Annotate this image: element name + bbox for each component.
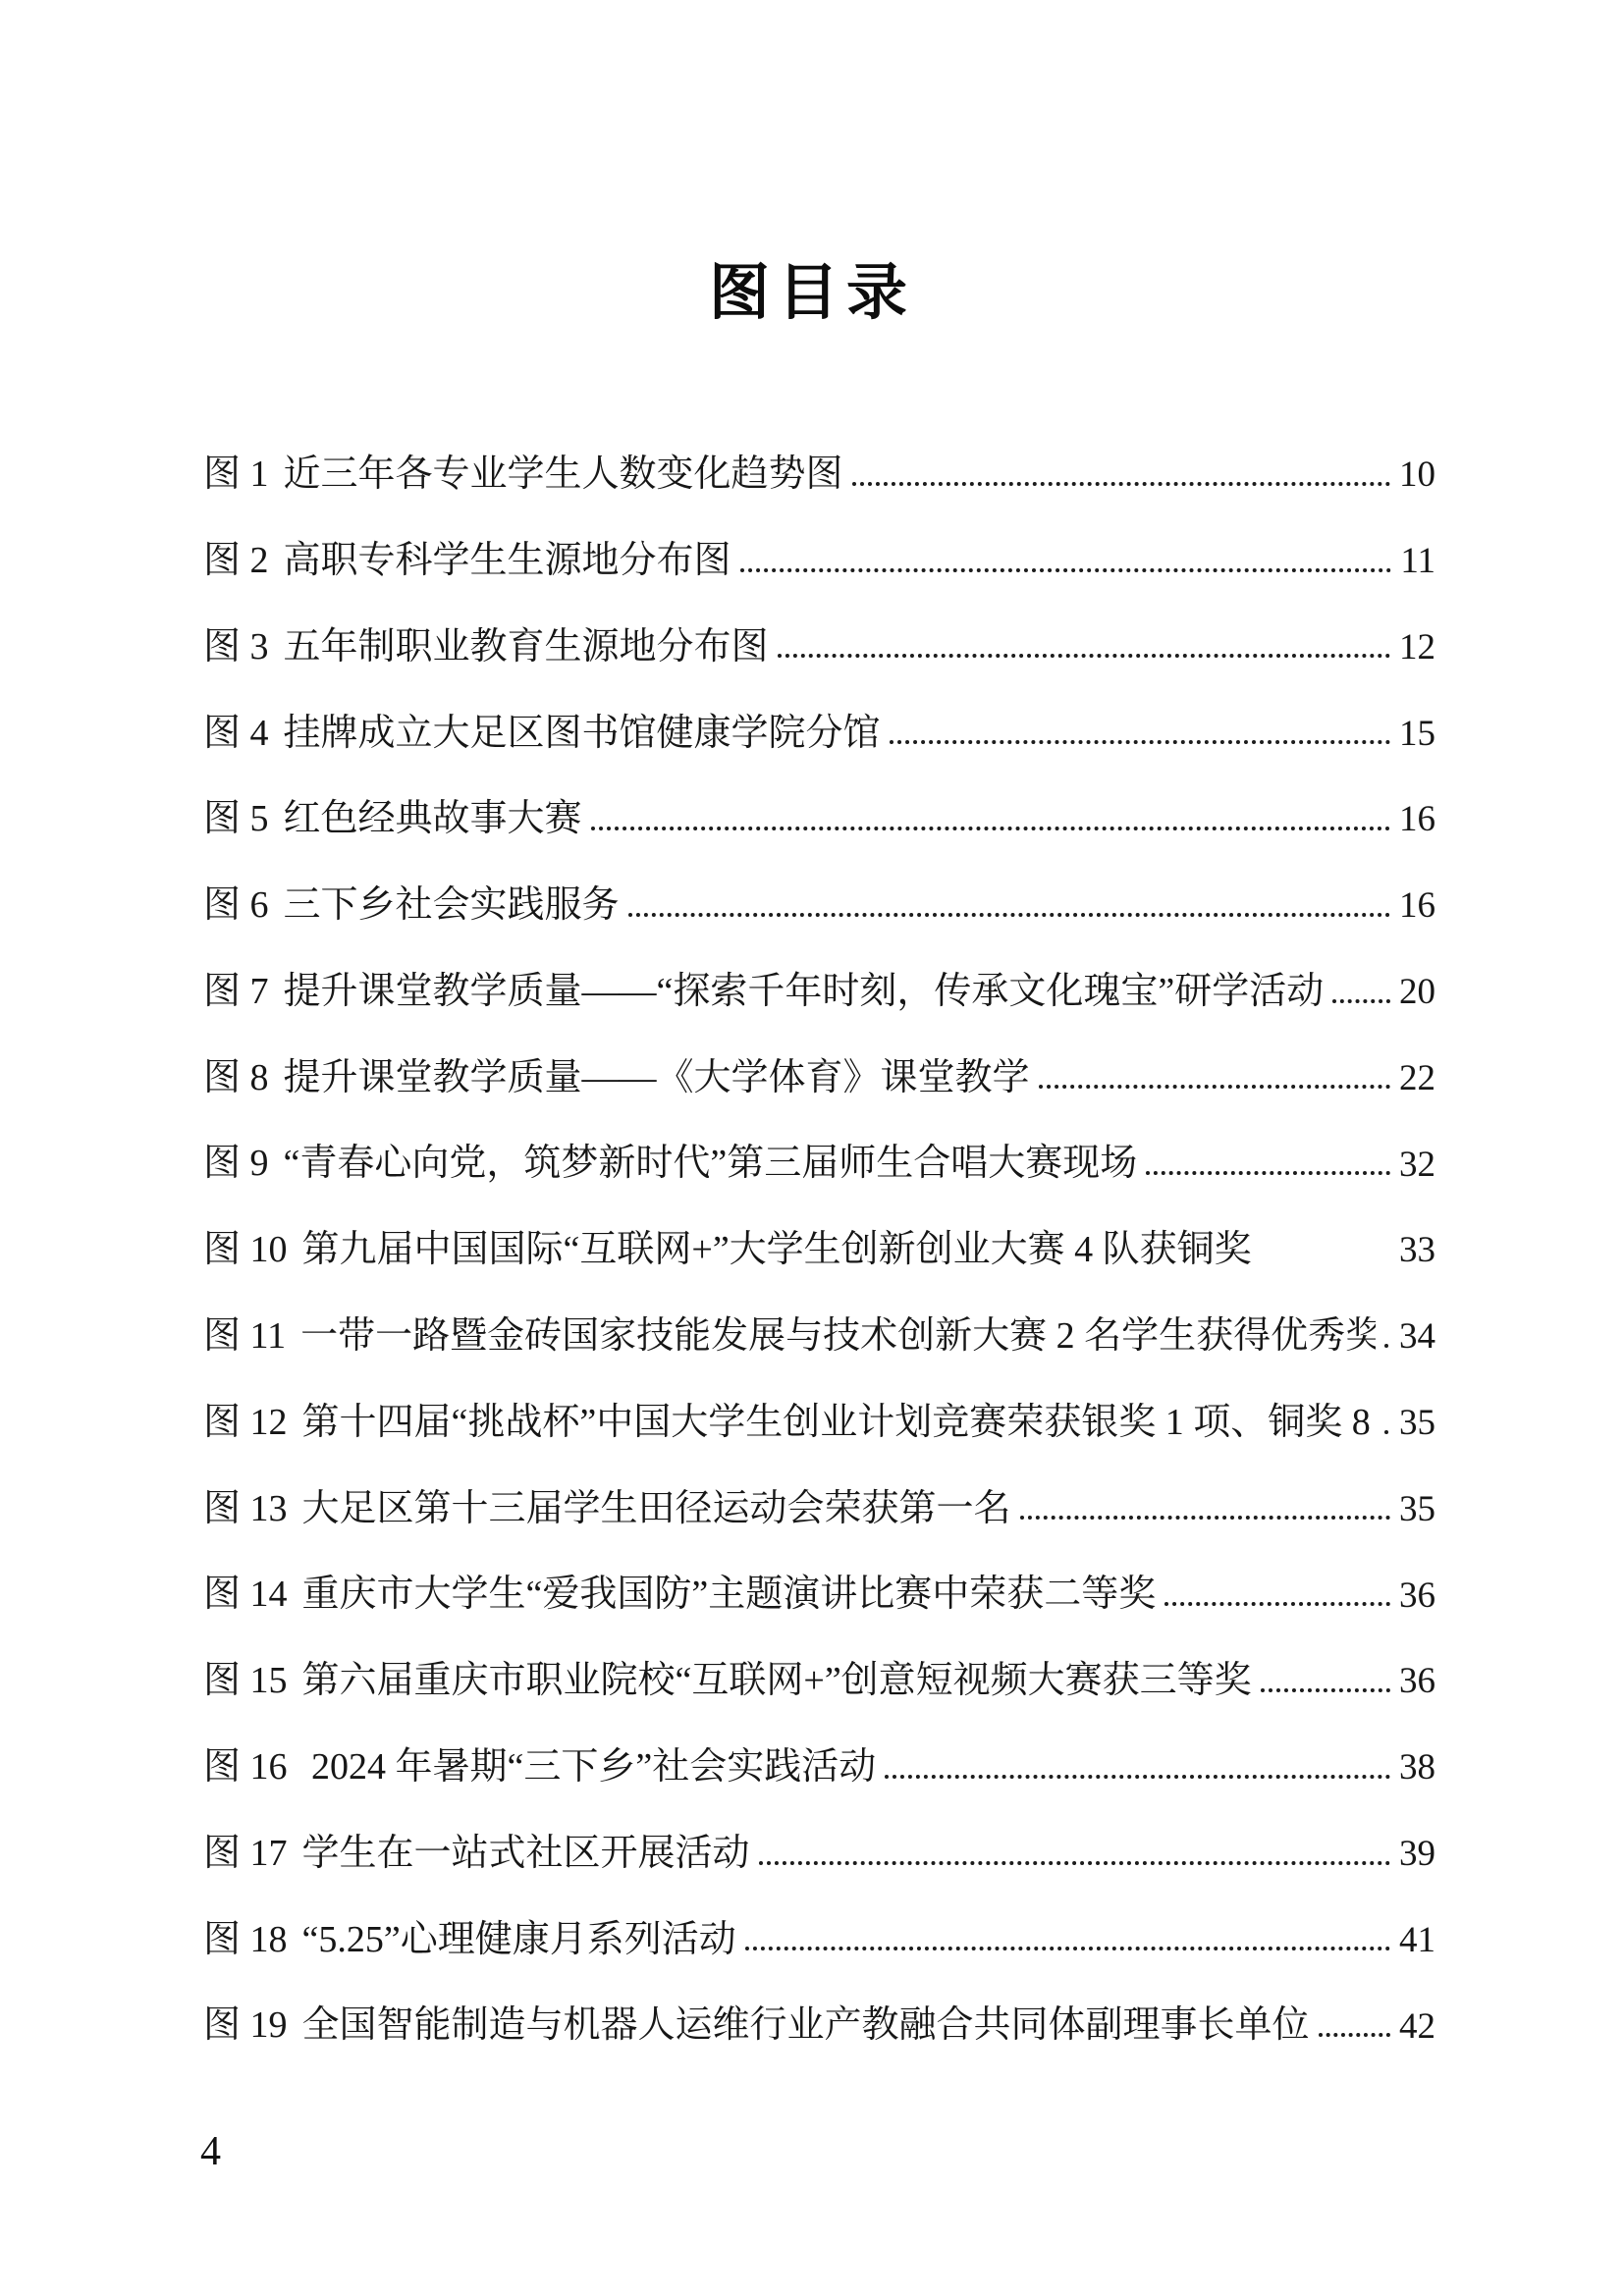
figure-title: “5.25”心理健康月系列活动 (302, 1919, 736, 1962)
figure-title: 第九届中国国际“互联网+”大学生创新创业大赛 4 队获铜奖 (302, 1229, 1252, 1272)
toc-entry[interactable]: 图 15 第六届重庆市职业院校“互联网+”创意短视频大赛获三等奖 36 (203, 1617, 1435, 1703)
figure-title: 五年制职业教育生源地分布图 (284, 626, 769, 669)
entry-page-number: 22 (1399, 1058, 1435, 1100)
figure-label: 图 9 (203, 1143, 269, 1186)
figure-title: 红色经典故事大赛 (284, 798, 582, 841)
figure-label: 图 4 (203, 713, 269, 756)
entry-page-number: 33 (1399, 1230, 1435, 1272)
dot-leader (1261, 1688, 1390, 1692)
toc-entry[interactable]: 图 2 高职专科学生生源地分布图 11 (203, 497, 1435, 583)
figure-title: 重庆市大学生“爱我国防”主题演讲比赛中荣获二等奖 (302, 1574, 1157, 1617)
entry-page-number: 12 (1399, 627, 1435, 669)
entry-page-number: 35 (1399, 1489, 1435, 1531)
entry-page-number: 35 (1399, 1403, 1435, 1445)
entry-page-number: 32 (1399, 1145, 1435, 1187)
toc-entry[interactable]: 图 13 大足区第十三届学生田径运动会荣获第一名 35 (203, 1445, 1435, 1531)
figure-title: 2024 年暑期“三下乡”社会实践活动 (302, 1746, 877, 1789)
dot-leader (1164, 1602, 1390, 1606)
entry-page-number: 20 (1399, 972, 1435, 1014)
entry-page-number: 10 (1399, 454, 1435, 497)
document-page: 图目录 图 1 近三年各专业学生人数变化趋势图 10 图 2 高职专科学生生源地… (0, 0, 1624, 2296)
dot-leader (1020, 1516, 1390, 1520)
toc-entry[interactable]: 图 4 挂牌成立大足区图书馆健康学院分馆 15 (203, 668, 1435, 755)
toc-entry[interactable]: 图 17 学生在一站式社区开展活动 39 (203, 1789, 1435, 1876)
entry-page-number: 39 (1399, 1834, 1435, 1876)
figure-label: 图 6 (203, 884, 269, 928)
toc-entry[interactable]: 图 9 “青春心向党，筑梦新时代”第三届师生合唱大赛现场 32 (203, 1099, 1435, 1186)
entry-page-number: 42 (1399, 2006, 1435, 2049)
dot-leader (745, 1947, 1390, 1950)
folio-page-number: 4 (200, 2128, 221, 2175)
toc-entry[interactable]: 图 5 红色经典故事大赛 16 (203, 755, 1435, 841)
figure-label: 图 12 (203, 1402, 288, 1445)
figure-title: 一带一路暨金砖国家技能发展与技术创新大赛 2 名学生获得优秀奖 (300, 1315, 1376, 1359)
figure-label: 图 3 (203, 626, 269, 669)
figure-label: 图 1 (203, 454, 269, 497)
figure-label: 图 7 (203, 971, 269, 1014)
figure-label: 图 10 (203, 1229, 288, 1272)
figure-title: 三下乡社会实践服务 (284, 884, 620, 928)
figure-title: “青春心向党，筑梦新时代”第三届师生合唱大赛现场 (284, 1143, 1138, 1186)
figure-label: 图 17 (203, 1833, 288, 1876)
figure-label: 图 11 (203, 1315, 286, 1359)
figure-title: 近三年各专业学生人数变化趋势图 (284, 454, 843, 497)
dot-leader (890, 740, 1390, 744)
toc-entry[interactable]: 图 12 第十四届“挑战杯”中国大学生创业计划竞赛荣获银奖 1 项、铜奖 8 项… (203, 1359, 1435, 1445)
figure-label: 图 16 (203, 1746, 288, 1789)
figure-title: 学生在一站式社区开展活动 (302, 1833, 750, 1876)
entry-page-number: 36 (1399, 1575, 1435, 1618)
dot-leader (1384, 1430, 1390, 1434)
toc-entry[interactable]: 图 14 重庆市大学生“爱我国防”主题演讲比赛中荣获二等奖 36 (203, 1530, 1435, 1617)
figure-label: 图 5 (203, 798, 269, 841)
dot-leader (628, 913, 1390, 917)
figure-label: 图 18 (203, 1919, 288, 1962)
figure-title: 挂牌成立大足区图书馆健康学院分馆 (284, 713, 881, 756)
figure-label: 图 19 (203, 2004, 288, 2048)
dot-leader (852, 482, 1390, 486)
entry-page-number: 38 (1399, 1747, 1435, 1789)
dot-leader (1384, 1344, 1390, 1348)
dot-leader (1039, 1085, 1390, 1089)
figure-title: 全国智能制造与机器人运维行业产教融合共同体副理事长单位 (302, 2004, 1310, 2048)
toc-entry[interactable]: 图 1 近三年各专业学生人数变化趋势图 10 (203, 410, 1435, 497)
entry-page-number: 16 (1399, 885, 1435, 928)
dot-leader (1256, 1257, 1395, 1261)
figure-title: 提升课堂教学质量——《大学体育》课堂教学 (284, 1057, 1030, 1100)
figure-title: 大足区第十三届学生田径运动会荣获第一名 (302, 1488, 1011, 1531)
toc-entry[interactable]: 图 18 “5.25”心理健康月系列活动 41 (203, 1876, 1435, 1962)
dot-leader (1319, 2033, 1390, 2037)
figure-label: 图 13 (203, 1488, 288, 1531)
entry-page-number: 16 (1399, 799, 1435, 841)
figure-title: 第六届重庆市职业院校“互联网+”创意短视频大赛获三等奖 (302, 1660, 1252, 1703)
figure-label: 图 15 (203, 1660, 288, 1703)
toc-entry[interactable]: 图 11 一带一路暨金砖国家技能发展与技术创新大赛 2 名学生获得优秀奖 34 (203, 1272, 1435, 1359)
figure-title: 高职专科学生生源地分布图 (284, 540, 731, 583)
dot-leader (591, 827, 1390, 830)
toc-entry[interactable]: 图 7 提升课堂教学质量——“探索千年时刻，传承文化瑰宝”研学活动 20 (203, 928, 1435, 1014)
dot-leader (1332, 999, 1390, 1003)
figure-label: 图 2 (203, 540, 269, 583)
figure-label: 图 14 (203, 1574, 288, 1617)
dot-leader (778, 654, 1390, 658)
dot-leader (759, 1861, 1390, 1865)
toc-entry[interactable]: 图 8 提升课堂教学质量——《大学体育》课堂教学 22 (203, 1014, 1435, 1100)
figure-title: 提升课堂教学质量——“探索千年时刻，传承文化瑰宝”研学活动 (284, 971, 1325, 1014)
toc-entry[interactable]: 图 3 五年制职业教育生源地分布图 12 (203, 583, 1435, 669)
toc-entry[interactable]: 图 16 2024 年暑期“三下乡”社会实践活动 38 (203, 1703, 1435, 1789)
toc-entry[interactable]: 图 6 三下乡社会实践服务 16 (203, 841, 1435, 928)
figure-label: 图 8 (203, 1057, 269, 1100)
dot-leader (1146, 1171, 1390, 1175)
entry-page-number: 36 (1399, 1661, 1435, 1703)
toc-list: 图 1 近三年各专业学生人数变化趋势图 10 图 2 高职专科学生生源地分布图 … (203, 410, 1435, 2048)
entry-page-number: 11 (1400, 541, 1435, 583)
page-title: 图目录 (0, 243, 1624, 331)
toc-entry[interactable]: 图 19 全国智能制造与机器人运维行业产教融合共同体副理事长单位 42 (203, 1961, 1435, 2048)
dot-leader (740, 568, 1392, 572)
entry-page-number: 41 (1399, 1920, 1435, 1962)
toc-entry[interactable]: 图 10 第九届中国国际“互联网+”大学生创新创业大赛 4 队获铜奖 33 (203, 1186, 1435, 1272)
entry-page-number: 15 (1399, 714, 1435, 756)
dot-leader (885, 1775, 1390, 1779)
entry-page-number: 34 (1399, 1316, 1435, 1359)
figure-title: 第十四届“挑战杯”中国大学生创业计划竞赛荣获银奖 1 项、铜奖 8 项 (302, 1402, 1376, 1445)
